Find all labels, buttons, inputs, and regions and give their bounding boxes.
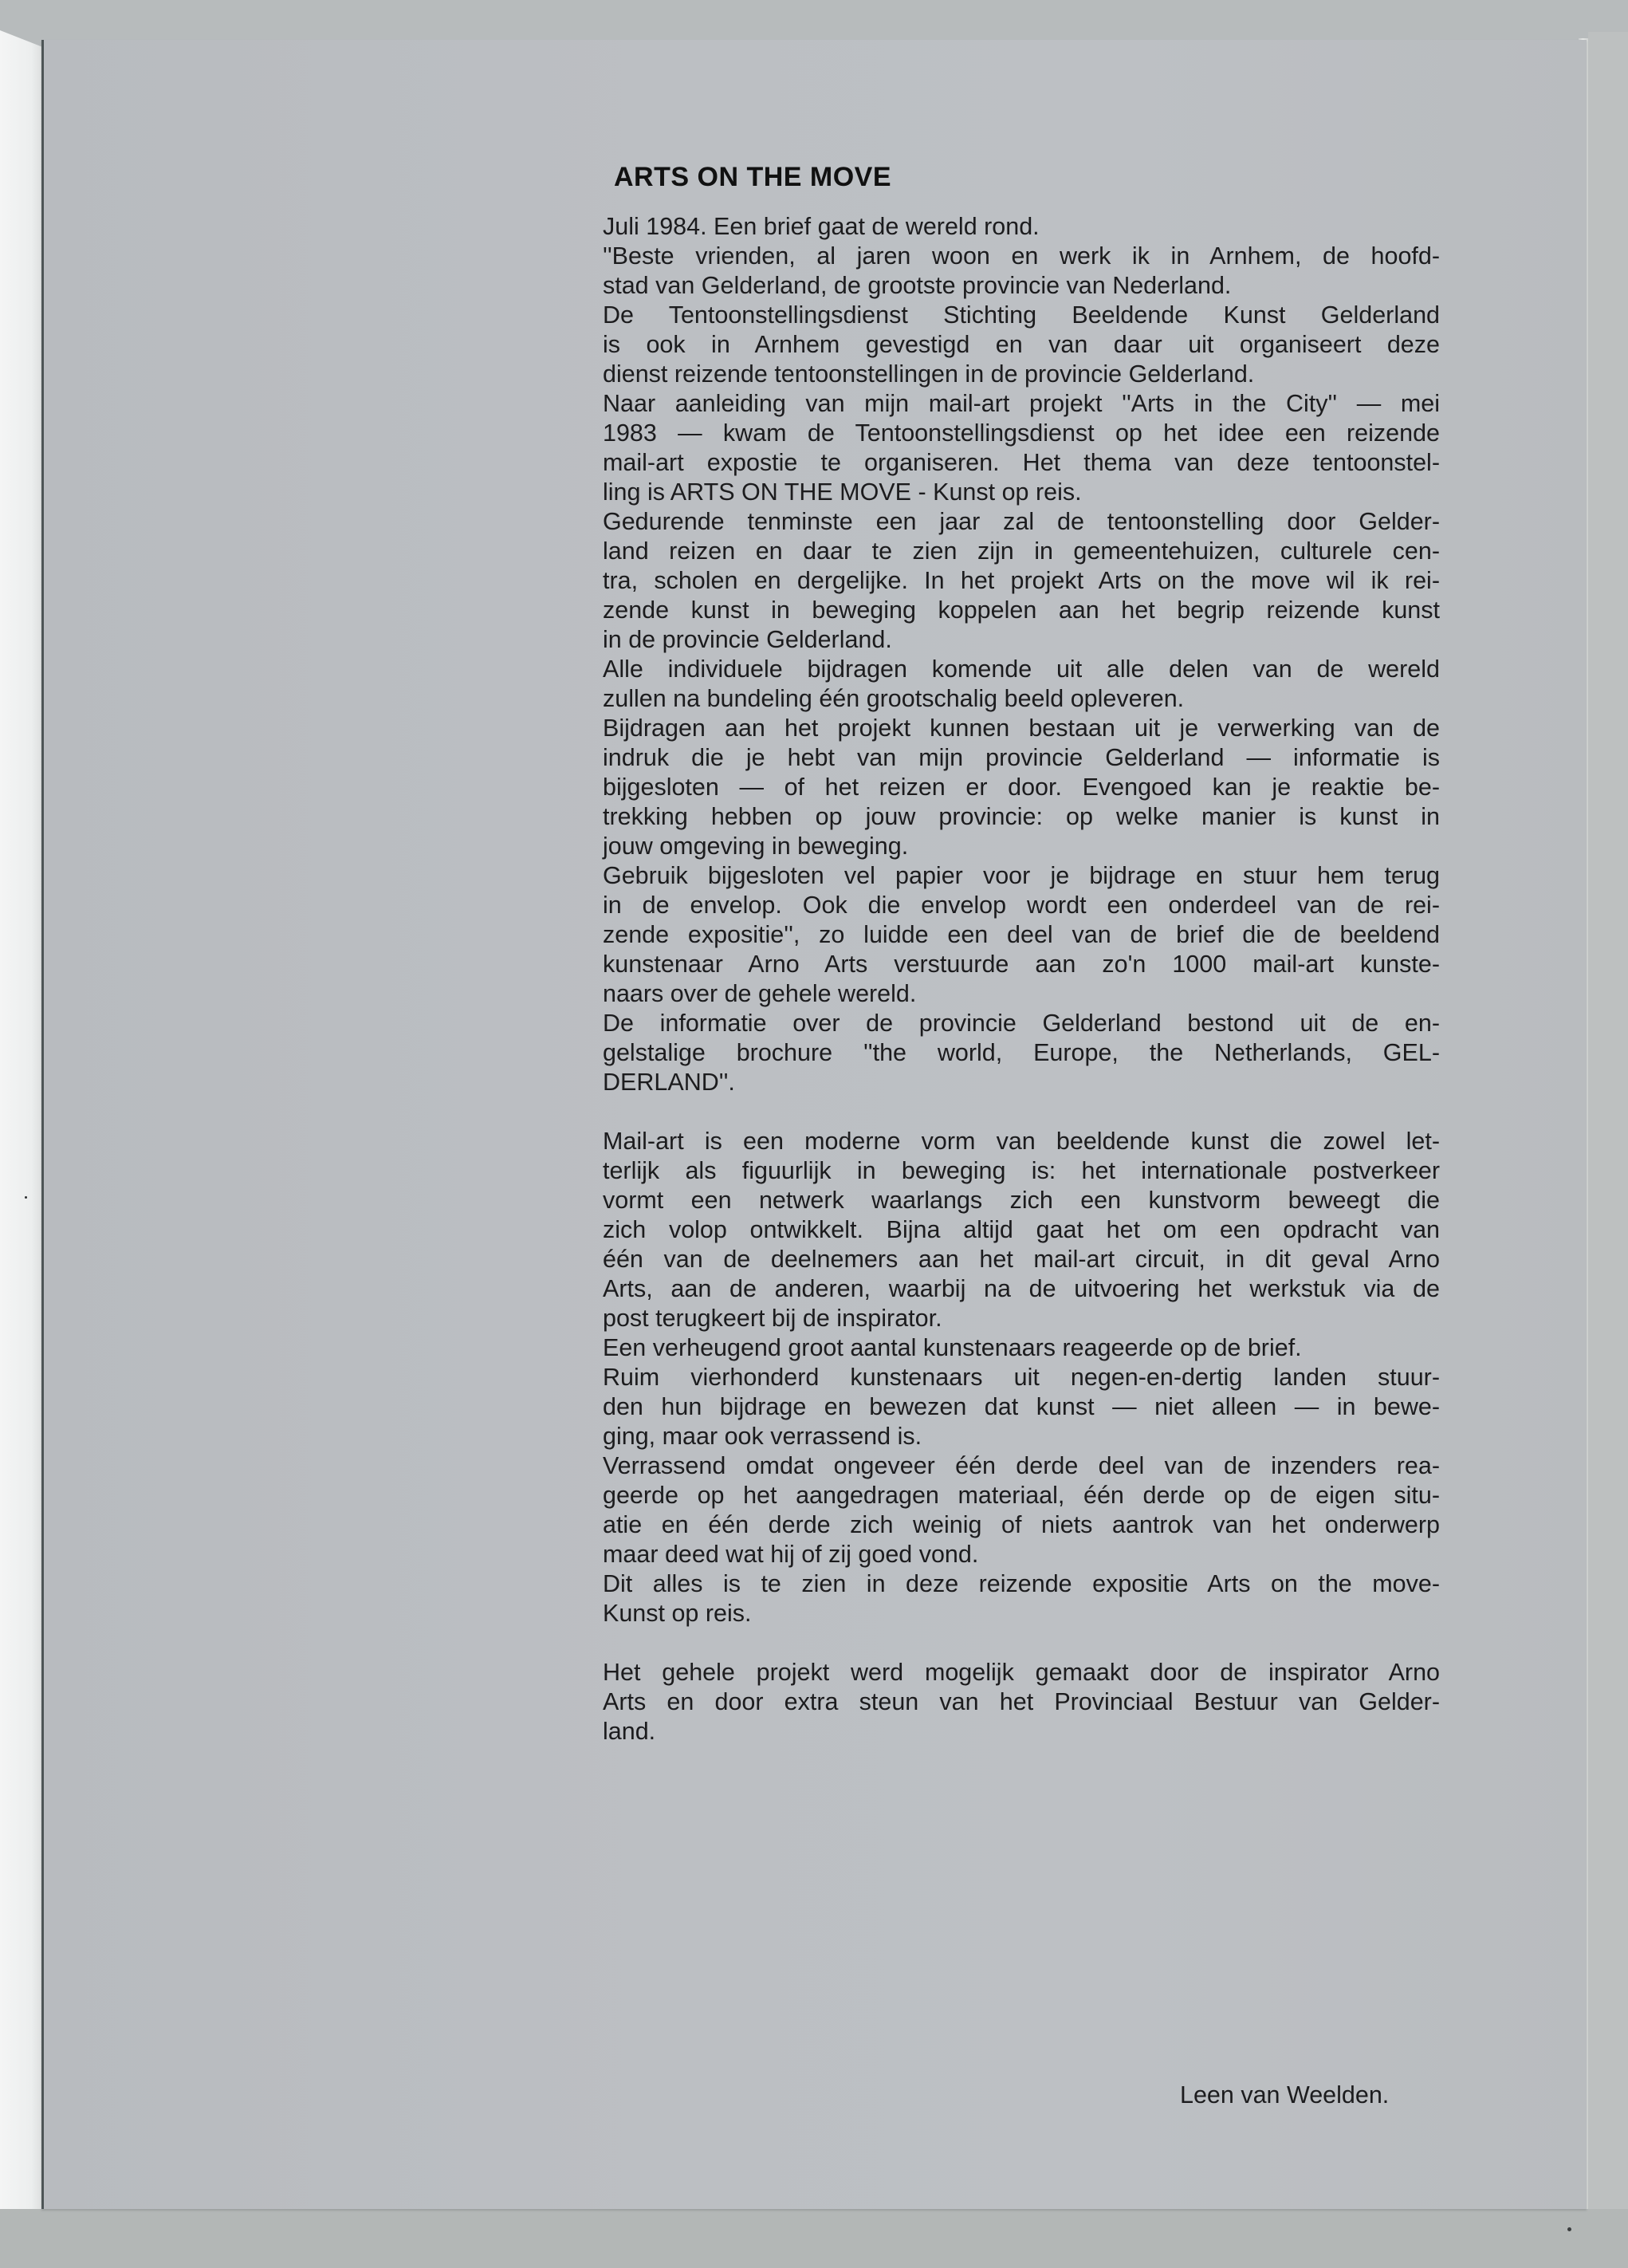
text-line: post terugkeert bij de inspirator. <box>603 1304 1440 1333</box>
text-line: jouw omgeving in beweging. <box>603 832 1440 861</box>
paragraph: Alle individuele bijdragen komende uit a… <box>603 655 1440 714</box>
text-line: naars over de gehele wereld. <box>603 979 1440 1009</box>
text-line: Gedurende tenminste een jaar zal de tent… <box>603 507 1440 537</box>
text-line: zich volop ontwikkelt. Bijna altijd gaat… <box>603 1215 1440 1245</box>
paragraph: Gebruik bijgesloten vel papier voor je b… <box>603 861 1440 1009</box>
article-title: ARTS ON THE MOVE <box>614 159 1440 195</box>
article-body: Juli 1984. Een brief gaat de wereld rond… <box>603 212 1440 1746</box>
text-line: Kunst op reis. <box>603 1599 1440 1628</box>
text-line: Bijdragen aan het projekt kunnen bestaan… <box>603 714 1440 743</box>
text-line: Ruim vierhonderd kunstenaars uit negen-e… <box>603 1363 1440 1392</box>
text-line: trekking hebben op jouw provincie: op we… <box>603 802 1440 832</box>
text-line: ''Beste vrienden, al jaren woon en werk … <box>603 242 1440 271</box>
text-line: in de envelop. Ook die envelop wordt een… <box>603 891 1440 920</box>
text-line: Arts en door extra steun van het Provinc… <box>603 1687 1440 1717</box>
paragraph: De Tentoonstellingsdienst Stichting Beel… <box>603 301 1440 389</box>
text-line: 1983 — kwam de Tentoonstellingsdienst op… <box>603 419 1440 448</box>
text-line: Alle individuele bijdragen komende uit a… <box>603 655 1440 684</box>
text-line: atie en één derde zich weinig of niets a… <box>603 1510 1440 1540</box>
right-background <box>1588 32 1628 2268</box>
text-line: bijgesloten — of het reizen er door. Eve… <box>603 773 1440 802</box>
paragraph-spacer <box>603 1097 1440 1127</box>
text-line: land. <box>603 1717 1440 1746</box>
paragraph: Het gehele projekt werd mogelijk gemaakt… <box>603 1658 1440 1746</box>
text-line: Arts, aan de anderen, waarbij na de uitv… <box>603 1274 1440 1304</box>
text-line: is ook in Arnhem gevestigd en van daar u… <box>603 330 1440 360</box>
paragraph: Ruim vierhonderd kunstenaars uit negen-e… <box>603 1363 1440 1451</box>
paragraph: Naar aanleiding van mijn mail-art projek… <box>603 389 1440 507</box>
text-line: Juli 1984. Een brief gaat de wereld rond… <box>603 212 1440 242</box>
text-line: den hun bijdrage en bewezen dat kunst — … <box>603 1392 1440 1422</box>
text-line: Een verheugend groot aantal kunstenaars … <box>603 1333 1440 1363</box>
paragraph: Mail-art is een moderne vorm van beelden… <box>603 1127 1440 1333</box>
text-line: Mail-art is een moderne vorm van beelden… <box>603 1127 1440 1156</box>
text-line: Het gehele projekt werd mogelijk gemaakt… <box>603 1658 1440 1687</box>
text-line: terlijk als figuurlijk in beweging is: h… <box>603 1156 1440 1186</box>
paragraph-spacer <box>603 1628 1440 1658</box>
paragraph: De informatie over de provincie Gelderla… <box>603 1009 1440 1097</box>
text-line: zende expositie'', zo luidde een deel va… <box>603 920 1440 950</box>
text-line: indruk die je hebt van mijn provincie Ge… <box>603 743 1440 773</box>
paragraph: Verrassend omdat ongeveer één derde deel… <box>603 1451 1440 1569</box>
dust-speck <box>25 1196 27 1199</box>
text-line: Dit alles is te zien in deze reizende ex… <box>603 1569 1440 1599</box>
text-line: tra, scholen en dergelijke. In het proje… <box>603 566 1440 596</box>
text-line: Naar aanleiding van mijn mail-art projek… <box>603 389 1440 419</box>
paragraph: Gedurende tenminste een jaar zal de tent… <box>603 507 1440 655</box>
text-line: geerde op het aangedragen materiaal, één… <box>603 1481 1440 1510</box>
text-line: vormt een netwerk waarlangs zich een kun… <box>603 1186 1440 1215</box>
previous-page-edge <box>0 30 45 2255</box>
text-line: in de provincie Gelderland. <box>603 625 1440 655</box>
text-line: De Tentoonstellingsdienst Stichting Beel… <box>603 301 1440 330</box>
text-line: land reizen en daar te zien zijn in geme… <box>603 537 1440 566</box>
text-line: kunstenaar Arno Arts verstuurde aan zo'n… <box>603 950 1440 979</box>
text-line: één van de deelnemers aan het mail-art c… <box>603 1245 1440 1274</box>
dust-speck <box>1567 2227 1571 2231</box>
author-signature: Leen van Weelden. <box>1180 2081 1389 2109</box>
text-line: Gebruik bijgesloten vel papier voor je b… <box>603 861 1440 891</box>
text-line: Verrassend omdat ongeveer één derde deel… <box>603 1451 1440 1481</box>
paragraph: Juli 1984. Een brief gaat de wereld rond… <box>603 212 1440 242</box>
text-line: maar deed wat hij of zij goed vond. <box>603 1540 1440 1569</box>
article: ARTS ON THE MOVE Juli 1984. Een brief ga… <box>603 159 1440 1746</box>
paragraph: Bijdragen aan het projekt kunnen bestaan… <box>603 714 1440 861</box>
text-line: De informatie over de provincie Gelderla… <box>603 1009 1440 1038</box>
text-line: ging, maar ook verrassend is. <box>603 1422 1440 1451</box>
text-line: zende kunst in beweging koppelen aan het… <box>603 596 1440 625</box>
paragraph: Een verheugend groot aantal kunstenaars … <box>603 1333 1440 1363</box>
text-line: zullen na bundeling één grootschalig bee… <box>603 684 1440 714</box>
text-line: dienst reizende tentoonstellingen in de … <box>603 360 1440 389</box>
text-line: gelstalige brochure ''the world, Europe,… <box>603 1038 1440 1068</box>
text-line: DERLAND''. <box>603 1068 1440 1097</box>
text-line: mail-art expostie te organiseren. Het th… <box>603 448 1440 478</box>
paragraph: ''Beste vrienden, al jaren woon en werk … <box>603 242 1440 301</box>
text-line: stad van Gelderland, de grootste provinc… <box>603 271 1440 301</box>
text-line: ling is ARTS ON THE MOVE - Kunst op reis… <box>603 478 1440 507</box>
bottom-background <box>0 2209 1628 2268</box>
paragraph: Dit alles is te zien in deze reizende ex… <box>603 1569 1440 1628</box>
